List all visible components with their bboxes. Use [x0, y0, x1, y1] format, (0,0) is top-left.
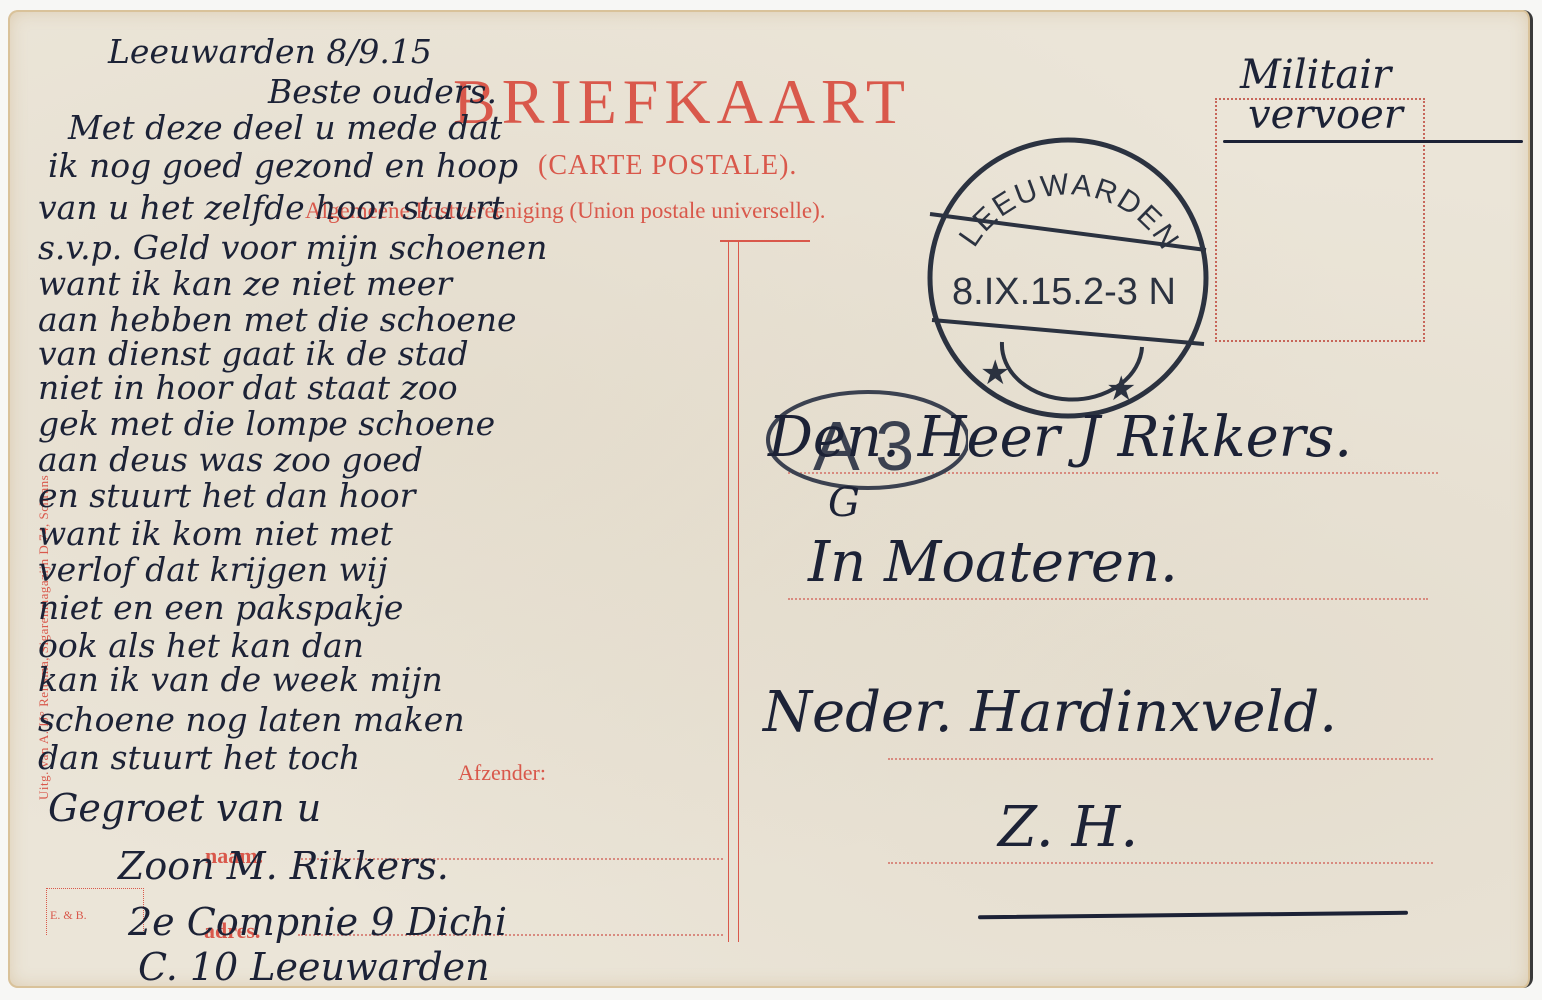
card-title: BRIEFKAART: [453, 65, 911, 139]
star-icon: ★: [1106, 371, 1136, 408]
message-line: want ik kom niet met: [38, 514, 393, 553]
message-line: Met deze deel u mede dat: [68, 108, 502, 147]
message-line: 2e Compnie 9 Dichi: [128, 900, 507, 944]
message-line: verlof dat krijgen wij: [38, 550, 388, 589]
message-line: want ik kan ze niet meer: [38, 264, 452, 303]
address-line-3: [888, 758, 1433, 760]
message-line: gek met die lompe schoene: [38, 404, 495, 443]
center-divider: [728, 242, 739, 942]
message-line: Gegroet van u: [48, 786, 321, 830]
printer-mark: E. & B.: [50, 908, 87, 923]
star-icon: ★: [980, 355, 1010, 392]
address-line-city: Neder. Hardinxveld.: [763, 680, 1337, 745]
address-line-2: [788, 598, 1428, 600]
annotation-underline: [1223, 140, 1523, 143]
message-line: en stuurt het dan hoor: [38, 476, 415, 515]
message-line: schoene nog laten maken: [38, 700, 465, 739]
postcard: BRIEFKAART (CARTE POSTALE). Algemeene Po…: [8, 10, 1533, 988]
card-subtitle: (CARTE POSTALE).: [538, 150, 797, 182]
address-underline: [978, 911, 1408, 920]
address-line-province: Z. H.: [998, 795, 1138, 860]
postmark-date: 8.IX.15.2-3 N: [952, 271, 1176, 313]
message-line: C. 10 Leeuwarden: [138, 945, 490, 989]
message-line: Beste ouders.: [268, 72, 497, 111]
message-line: van u het zelfde hoor stuurt: [38, 188, 504, 227]
address-line-initial: G: [828, 480, 860, 526]
message-line: Leeuwarden 8/9.15: [108, 32, 432, 71]
address-line-4: [888, 862, 1433, 864]
address-line-recipient: Den. Heer J Rikkers.: [768, 405, 1352, 470]
message-line: Zoon M. Rikkers.: [118, 844, 449, 888]
message-line: aan deus was zoo goed: [38, 440, 423, 479]
annotation-line-2: vervoer: [1248, 92, 1403, 138]
message-line: kan ik van de week mijn: [38, 660, 443, 699]
message-line: s.v.p. Geld voor mijn schoenen: [38, 228, 547, 267]
address-line-street: In Moateren.: [808, 530, 1178, 595]
message-line: dan stuurt het toch: [38, 738, 360, 777]
message-line: niet in hoor dat staat zoo: [38, 368, 458, 407]
message-line: ik nog goed gezond en hoop: [48, 146, 518, 185]
message-line: niet en een pakspakje: [38, 588, 403, 627]
sender-heading: Afzender:: [458, 760, 546, 786]
